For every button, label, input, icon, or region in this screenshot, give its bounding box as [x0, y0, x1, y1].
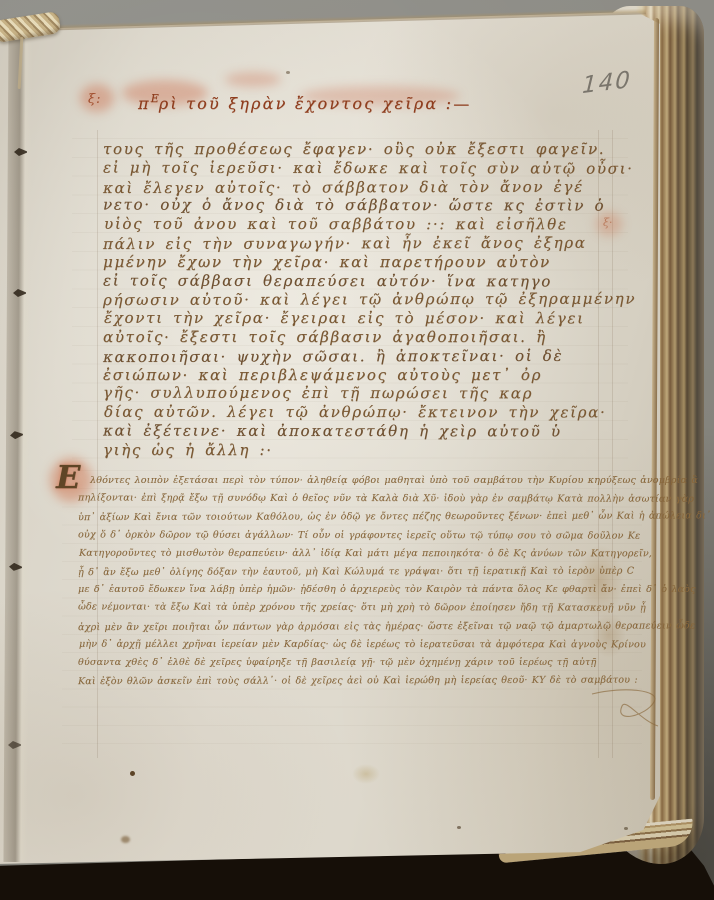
- pen-flourish-icon: [588, 686, 674, 730]
- gospel-text-line: καὶ ἔλεγεν αὐτοῖς· τὸ σάββατον διὰ τὸν ἄ…: [103, 177, 621, 197]
- commentary-text-line: ὧδε νέμονται· τὰ ἔξω Καὶ τὰ ὑπὲρ χρόνου …: [78, 599, 648, 618]
- heading-superscript: Ε: [151, 92, 159, 105]
- quire-mark: ξ:: [88, 92, 102, 107]
- foxing-spot: [352, 764, 380, 784]
- commentary-block: λθόντες λοιπὸν ἐξετάσαι περὶ τὸν τύπον· …: [78, 472, 648, 690]
- commentary-text-line: ᾗ δ᾽ ἂν ἔξω μεθ᾽ ὀλίγης δόξαν τὴν ἑαυτοῦ…: [78, 563, 648, 583]
- page-heading: πΕρὶ τοῦ ξηρὰν ἔχοντος χεῖρα :—: [138, 92, 471, 113]
- gospel-text-line: γῆς· συλλυπούμενος ἐπὶ τῇ πωρώσει τῆς κα…: [103, 384, 621, 404]
- ink-dot: [457, 826, 461, 829]
- gospel-text-line: καὶ ἐξέτεινε· καὶ ἀποκατεστάθη ἡ χεὶρ αὐ…: [103, 421, 621, 441]
- commentary-text-line: πηλίξονται· ἐπὶ ξηρᾷ ἔξω τῇ συνόδῳ Καὶ ὁ…: [78, 490, 648, 509]
- gospel-text-line: ἐσιώπων· καὶ περιβλεψάμενος αὐτοὺς μετ᾽ …: [103, 366, 621, 385]
- gospel-text-line: μμένην ἔχων τὴν χεῖρα· καὶ παρετήρουν αὐ…: [103, 253, 621, 272]
- commentary-initial: Ε: [56, 458, 80, 496]
- ink-dot: [130, 771, 135, 776]
- gospel-text-line: ἔχοντι τὴν χεῖρα· ἔγειραι εἰς τὸ μέσον· …: [104, 309, 622, 328]
- commentary-text-line: θύσαντα χθὲς δ᾽ ἐλθὲ δὲ χεῖρες ὑφαίρηξε …: [78, 654, 648, 672]
- commentary-text-line: Καὶ ἐξὸν θλῶν ἀσκεῖν ἐπὶ τοὺς σάλλ᾽· οἱ …: [78, 672, 648, 692]
- gospel-text-line: γιὴς ὡς ἡ ἄλλη :·: [103, 441, 621, 460]
- gospel-text-line: πάλιν εἰς τὴν συναγωγήν· καὶ ἦν ἐκεῖ ἄνο…: [103, 234, 621, 254]
- photo-background: { "page": { "folio_number": "140", "quir…: [0, 0, 714, 900]
- gospel-text-line: δίας αὐτῶν. λέγει τῷ ἀνθρώπῳ· ἔκτεινον τ…: [104, 403, 622, 422]
- gospel-text-line: ρήσωσιν αὐτοῦ· καὶ λέγει τῷ ἀνθρώπῳ τῷ ἐ…: [103, 290, 621, 310]
- gospel-text-block: τους τῆς προθέσεως ἔφαγεν· οὓς οὐκ ἔξεστ…: [103, 140, 621, 460]
- gospel-text-line: νετο· οὐχ ὁ ἄνος διὰ τὸ σάββατον· ὥστε κ…: [103, 196, 621, 216]
- commentary-text-line: ὑπ᾽ ἀξίων Καὶ ἔνια τῶν τοιούτων Καθόλου,…: [78, 508, 648, 528]
- gospel-text-line: υἱὸς τοῦ ἀνου καὶ τοῦ σαββάτου :·: καὶ ε…: [104, 215, 622, 234]
- gospel-text-line: εἰ μὴ τοῖς ἱερεῦσι· καὶ ἔδωκε καὶ τοῖς σ…: [103, 158, 621, 178]
- commentary-text-line: Κατηγοροῦντες τὸ μισθωτὸν θεραπεύειν· ἀλ…: [79, 545, 649, 564]
- ink-dot: [121, 836, 130, 843]
- gospel-text-line: κακοποιῆσαι· ψυχὴν σῶσαι. ἢ ἀποκτεῖναι· …: [103, 346, 621, 366]
- heading-p2: ρὶ τοῦ ξηρὰν ἔχοντος χεῖρα :—: [159, 94, 472, 113]
- heading-p1: π: [138, 94, 151, 113]
- gospel-text-line: αὐτοῖς· ἔξεστι τοῖς σάββασιν ἀγαθοποιῆσα…: [103, 328, 621, 347]
- commentary-text-line: οὐχ ὅ δ᾽ ὁρκὸν δῶρον τῷ θύσει ἀγάλλων· Τ…: [78, 526, 648, 545]
- ink-offset-stain: [225, 72, 281, 87]
- ink-dot: [624, 827, 628, 830]
- commentary-text-line: ἀχρὶ μὲν ἂν χεῖρι ποιῆται ὧν πάντων γὰρ …: [78, 617, 648, 637]
- gospel-text-line: τους τῆς προθέσεως ἔφαγεν· οὓς οὐκ ἔξεστ…: [103, 140, 621, 159]
- commentary-text-line: λθόντες λοιπὸν ἐξετάσαι περὶ τὸν τύπον· …: [78, 472, 648, 490]
- gospel-text-line: εἰ τοῖς σάββασι θεραπεύσει αὐτόν· ἵνα κα…: [103, 271, 621, 291]
- commentary-text-line: με δ᾽ ἑαυτοῦ ἔδωκεν ἵνα λάβῃ ὑπὲρ ἡμῶν· …: [78, 581, 648, 599]
- commentary-text-line: μὴν δ᾽ ἀρχῇ μέλλει χρῆναι ἱερείαν μὲν Κα…: [79, 636, 649, 655]
- ink-dot: [286, 71, 290, 74]
